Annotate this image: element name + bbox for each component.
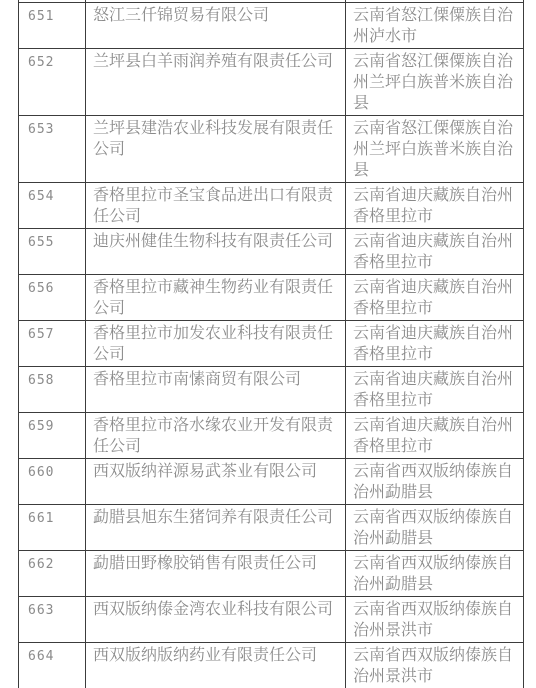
table-row: 653兰坪县建浩农业科技发展有限责任公司云南省怒江傈僳族自治州兰坪白族普米族自治… [19, 116, 524, 183]
row-number-cell: 657 [19, 321, 86, 367]
table-row: 662勐腊田野橡胶销售有限责任公司云南省西双版纳傣族自治州勐腊县 [19, 551, 524, 597]
row-number-cell: 658 [19, 367, 86, 413]
company-name-cell: 兰坪县建浩农业科技发展有限责任公司 [86, 116, 346, 183]
table-row: 659香格里拉市洛水缘农业开发有限责任公司云南省迪庆藏族自治州香格里拉市 [19, 413, 524, 459]
company-table-body: 651怒江三仟锦贸易有限公司云南省怒江傈僳族自治州泸水市652兰坪县白羊雨润养殖… [19, 0, 524, 688]
row-number-cell: 662 [19, 551, 86, 597]
company-name-cell: 勐腊田野橡胶销售有限责任公司 [86, 551, 346, 597]
table-row: 663西双版纳傣金湾农业科技有限公司云南省西双版纳傣族自治州景洪市 [19, 597, 524, 643]
document-page: 651怒江三仟锦贸易有限公司云南省怒江傈僳族自治州泸水市652兰坪县白羊雨润养殖… [0, 0, 536, 688]
company-name-cell: 勐腊县旭东生猪饲养有限责任公司 [86, 505, 346, 551]
table-row: 651怒江三仟锦贸易有限公司云南省怒江傈僳族自治州泸水市 [19, 3, 524, 49]
row-number-cell: 660 [19, 459, 86, 505]
company-name-cell: 香格里拉市南愫商贸有限公司 [86, 367, 346, 413]
row-number-cell: 656 [19, 275, 86, 321]
company-name-cell: 西双版纳傣金湾农业科技有限公司 [86, 597, 346, 643]
table-row: 655迪庆州健佳生物科技有限责任公司云南省迪庆藏族自治州香格里拉市 [19, 229, 524, 275]
company-location-cell: 云南省怒江傈僳族自治州兰坪白族普米族自治县 [346, 49, 524, 116]
table-row: 664西双版纳版纳药业有限责任公司云南省西双版纳傣族自治州景洪市 [19, 643, 524, 688]
row-number-cell: 651 [19, 3, 86, 49]
row-number-cell: 652 [19, 49, 86, 116]
row-number-cell: 659 [19, 413, 86, 459]
company-name-cell: 西双版纳版纳药业有限责任公司 [86, 643, 346, 688]
row-number-cell: 654 [19, 183, 86, 229]
company-table: 651怒江三仟锦贸易有限公司云南省怒江傈僳族自治州泸水市652兰坪县白羊雨润养殖… [18, 0, 524, 688]
company-name-cell: 迪庆州健佳生物科技有限责任公司 [86, 229, 346, 275]
company-location-cell: 云南省西双版纳傣族自治州勐腊县 [346, 459, 524, 505]
company-location-cell: 云南省西双版纳傣族自治州勐腊县 [346, 551, 524, 597]
row-number-cell: 661 [19, 505, 86, 551]
company-name-cell: 香格里拉市藏神生物药业有限责任公司 [86, 275, 346, 321]
table-row: 652兰坪县白羊雨润养殖有限责任公司云南省怒江傈僳族自治州兰坪白族普米族自治县 [19, 49, 524, 116]
company-name-cell: 兰坪县白羊雨润养殖有限责任公司 [86, 49, 346, 116]
company-name-cell: 香格里拉市圣宝食品进出口有限责任公司 [86, 183, 346, 229]
table-row: 658香格里拉市南愫商贸有限公司云南省迪庆藏族自治州香格里拉市 [19, 367, 524, 413]
company-name-cell: 香格里拉市洛水缘农业开发有限责任公司 [86, 413, 346, 459]
table-row: 661勐腊县旭东生猪饲养有限责任公司云南省西双版纳傣族自治州勐腊县 [19, 505, 524, 551]
company-name-cell: 怒江三仟锦贸易有限公司 [86, 3, 346, 49]
row-number-cell: 664 [19, 643, 86, 688]
row-number-cell: 663 [19, 597, 86, 643]
table-row: 657香格里拉市加发农业科技有限责任公司云南省迪庆藏族自治州香格里拉市 [19, 321, 524, 367]
company-location-cell: 云南省怒江傈僳族自治州泸水市 [346, 3, 524, 49]
company-location-cell: 云南省怒江傈僳族自治州兰坪白族普米族自治县 [346, 116, 524, 183]
company-name-cell: 西双版纳祥源易武茶业有限公司 [86, 459, 346, 505]
company-name-cell: 香格里拉市加发农业科技有限责任公司 [86, 321, 346, 367]
company-location-cell: 云南省迪庆藏族自治州香格里拉市 [346, 183, 524, 229]
company-location-cell: 云南省迪庆藏族自治州香格里拉市 [346, 229, 524, 275]
company-location-cell: 云南省西双版纳傣族自治州景洪市 [346, 597, 524, 643]
company-location-cell: 云南省西双版纳傣族自治州勐腊县 [346, 505, 524, 551]
row-number-cell: 655 [19, 229, 86, 275]
company-location-cell: 云南省迪庆藏族自治州香格里拉市 [346, 413, 524, 459]
table-row: 654香格里拉市圣宝食品进出口有限责任公司云南省迪庆藏族自治州香格里拉市 [19, 183, 524, 229]
company-location-cell: 云南省迪庆藏族自治州香格里拉市 [346, 275, 524, 321]
company-location-cell: 云南省迪庆藏族自治州香格里拉市 [346, 367, 524, 413]
company-location-cell: 云南省西双版纳傣族自治州景洪市 [346, 643, 524, 688]
company-location-cell: 云南省迪庆藏族自治州香格里拉市 [346, 321, 524, 367]
table-row: 656香格里拉市藏神生物药业有限责任公司云南省迪庆藏族自治州香格里拉市 [19, 275, 524, 321]
row-number-cell: 653 [19, 116, 86, 183]
table-row: 660西双版纳祥源易武茶业有限公司云南省西双版纳傣族自治州勐腊县 [19, 459, 524, 505]
